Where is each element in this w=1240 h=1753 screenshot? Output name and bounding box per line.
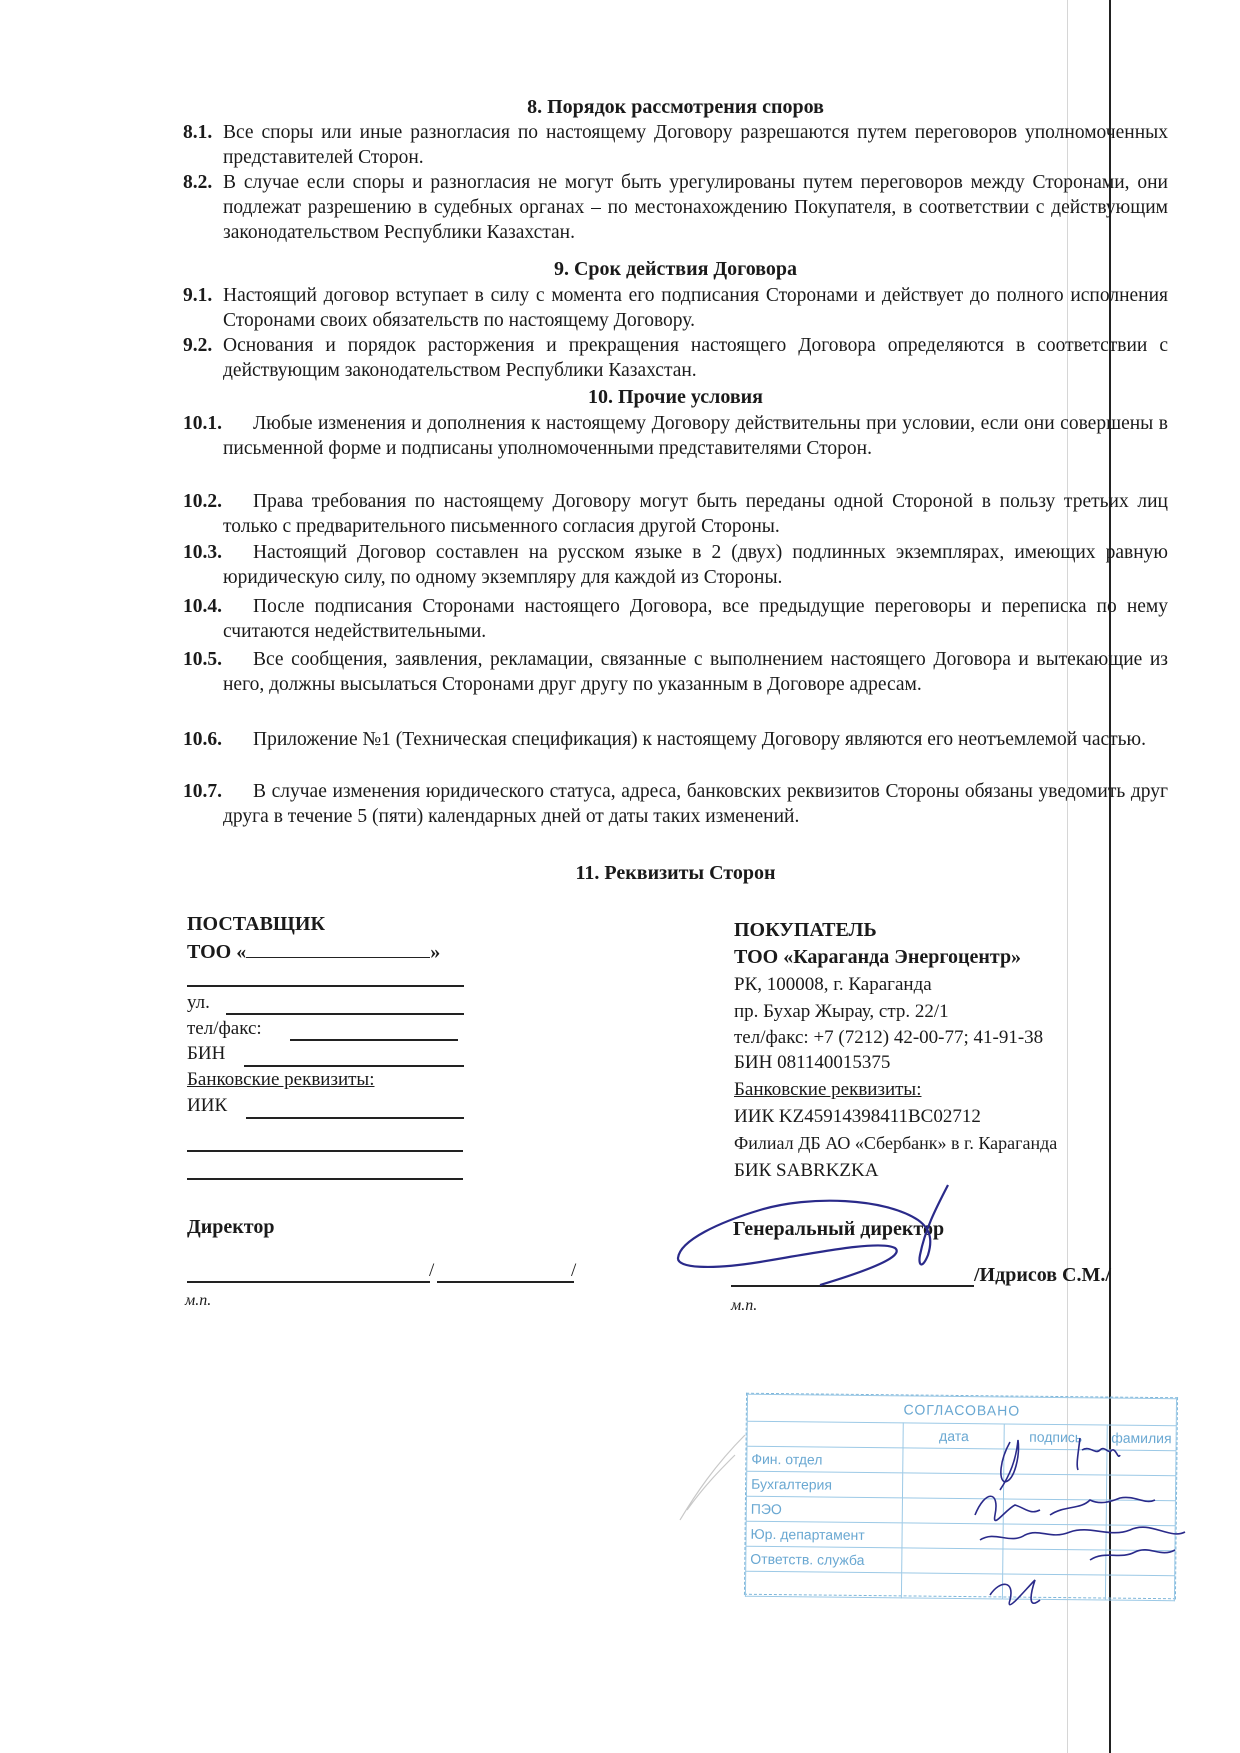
supplier-slash-1: / xyxy=(429,1258,434,1283)
clause-10-2: 10.2. Права требования по настоящему Дог… xyxy=(183,489,1168,539)
supplier-name-line xyxy=(437,1281,574,1283)
clause-text: Права требования по настоящему Договору … xyxy=(183,489,1168,539)
supplier-stamp-place: м.п. xyxy=(185,1292,211,1310)
supplier-blank-line xyxy=(187,985,464,987)
supplier-position: Директор xyxy=(187,1215,275,1240)
supplier-company-prefix: ТОО « xyxy=(187,941,246,963)
supplier-slash-2: / xyxy=(571,1258,576,1283)
clause-text: Любые изменения и дополнения к настоящем… xyxy=(183,411,1168,461)
stamp-row-label xyxy=(745,1571,901,1598)
clause-number: 10.2. xyxy=(183,489,222,514)
stamp-row-label: ПЭО xyxy=(746,1496,902,1523)
director-signature-icon xyxy=(670,1180,970,1290)
clause-number: 10.7. xyxy=(183,779,222,804)
clause-number: 8.2. xyxy=(183,170,212,195)
supplier-bank-line-1 xyxy=(187,1150,463,1152)
clause-9-1: 9.1. Настоящий договор вступает в силу с… xyxy=(183,283,1168,333)
supplier-block: ПОСТАВЩИК ТОО «» xyxy=(187,912,607,965)
clause-text: В случае если споры и разногласия не мог… xyxy=(183,170,1168,245)
stamp-row-label: Бухгалтерия xyxy=(746,1471,902,1498)
clause-number: 10.5. xyxy=(183,647,222,672)
clause-number: 10.3. xyxy=(183,540,222,565)
supplier-iik-label: ИИК xyxy=(187,1093,227,1118)
supplier-street-field xyxy=(226,1013,464,1015)
clause-8-2: 8.2. В случае если споры и разногласия н… xyxy=(183,170,1168,245)
buyer-bank-label: Банковские реквизиты: xyxy=(734,1077,1154,1102)
buyer-phone: тел/факс: +7 (7212) 42-00-77; 41-91-38 xyxy=(734,1025,1154,1050)
section-heading-10: 10. Прочие условия xyxy=(183,386,1168,409)
buyer-stamp-place: м.п. xyxy=(731,1297,757,1315)
clause-text: Все споры или иные разногласия по настоя… xyxy=(183,120,1168,170)
stamp-col-blank xyxy=(747,1421,903,1448)
clause-number: 9.2. xyxy=(183,333,212,358)
stamp-row-label: Фин. отдел xyxy=(747,1446,903,1473)
supplier-street-label: ул. xyxy=(187,990,210,1015)
clause-text: Настоящий договор вступает в силу с моме… xyxy=(183,283,1168,333)
buyer-bank-name: Филиал ДБ АО «Сбербанк» в г. Караганда xyxy=(734,1131,1154,1156)
supplier-iik-field xyxy=(246,1117,464,1119)
buyer-bin: БИН 081140015375 xyxy=(734,1050,1154,1075)
supplier-bank-line-2 xyxy=(187,1178,463,1180)
supplier-bank-label: Банковские реквизиты: xyxy=(187,1067,374,1092)
clause-number: 9.1. xyxy=(183,283,212,308)
section-heading-9: 9. Срок действия Договора xyxy=(183,258,1168,281)
supplier-phone-field xyxy=(290,1039,458,1041)
stamp-row-label: Юр. департамент xyxy=(746,1521,902,1548)
clause-10-5: 10.5. Все сообщения, заявления, рекламац… xyxy=(183,647,1168,697)
clause-9-2: 9.2. Основания и порядок расторжения и п… xyxy=(183,333,1168,383)
supplier-phone-label: тел/факс: xyxy=(187,1016,262,1041)
supplier-signature-line xyxy=(187,1281,430,1283)
buyer-title: ПОКУПАТЕЛЬ xyxy=(734,918,1154,943)
clause-10-6: 10.6. Приложение №1 (Техническая специфи… xyxy=(183,727,1168,752)
pencil-mark-icon xyxy=(675,1425,755,1525)
supplier-company: ТОО «» xyxy=(187,939,607,965)
clause-text: Основания и порядок расторжения и прекра… xyxy=(183,333,1168,383)
clause-text: После подписания Сторонами настоящего До… xyxy=(183,594,1168,644)
supplier-company-field xyxy=(246,939,430,958)
section-heading-11: 11. Реквизиты Сторон xyxy=(183,862,1168,885)
clause-10-3: 10.3. Настоящий Договор составлен на рус… xyxy=(183,540,1168,590)
buyer-iik: ИИК KZ45914398411BC02712 xyxy=(734,1104,1154,1129)
buyer-block: ПОКУПАТЕЛЬ ТОО «Караганда Энергоцентр» Р… xyxy=(734,918,1154,1183)
approval-signatures-icon xyxy=(970,1420,1210,1620)
buyer-company: ТОО «Караганда Энергоцентр» xyxy=(734,945,1154,970)
clause-number: 10.1. xyxy=(183,411,222,436)
clause-8-1: 8.1. Все споры или иные разногласия по н… xyxy=(183,120,1168,170)
clause-10-7: 10.7. В случае изменения юридического ст… xyxy=(183,779,1168,829)
clause-text: Настоящий Договор составлен на русском я… xyxy=(183,540,1168,590)
clause-number: 10.4. xyxy=(183,594,222,619)
clause-text: Приложение №1 (Техническая спецификация)… xyxy=(183,727,1168,752)
supplier-company-suffix: » xyxy=(430,941,440,963)
stamp-row-label: Ответств. служба xyxy=(746,1546,902,1573)
clause-10-4: 10.4. После подписания Сторонами настоящ… xyxy=(183,594,1168,644)
buyer-address-2: пр. Бухар Жырау, стр. 22/1 xyxy=(734,999,1154,1024)
clause-number: 10.6. xyxy=(183,727,222,752)
buyer-address-1: РК, 100008, г. Караганда xyxy=(734,972,1154,997)
supplier-bin-label: БИН xyxy=(187,1041,225,1066)
section-heading-8: 8. Порядок рассмотрения споров xyxy=(183,96,1168,119)
clause-number: 8.1. xyxy=(183,120,212,145)
clause-text: Все сообщения, заявления, рекламации, св… xyxy=(183,647,1168,697)
supplier-title: ПОСТАВЩИК xyxy=(187,912,607,937)
buyer-signatory: /Идрисов С.М./ xyxy=(974,1263,1111,1288)
clause-text: В случае изменения юридического статуса,… xyxy=(183,779,1168,829)
clause-10-1: 10.1. Любые изменения и дополнения к нас… xyxy=(183,411,1168,461)
